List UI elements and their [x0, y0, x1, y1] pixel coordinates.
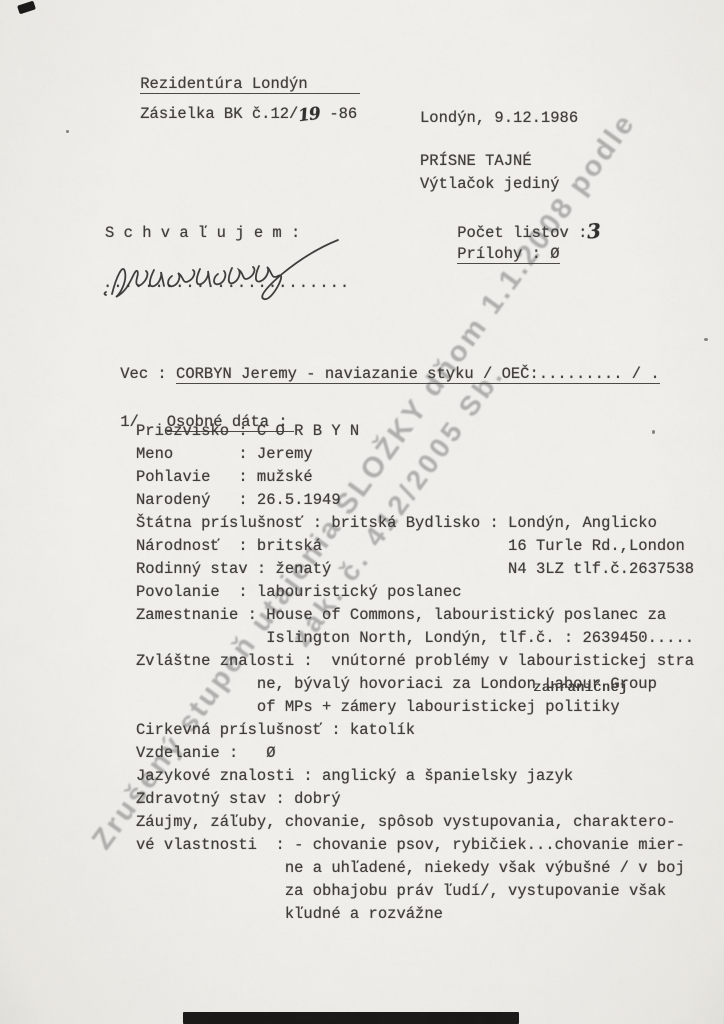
copy-line: Výtlačok jediný	[420, 173, 560, 196]
dispatch-number-line: Zásielka BK č.12/19 -86	[103, 79, 357, 149]
scan-speck	[66, 130, 69, 133]
scan-speck	[704, 338, 708, 341]
attachments-line: Prílohy : Ø	[420, 220, 560, 289]
scan-artifact-bottom-bar	[183, 1012, 519, 1024]
handwritten-dispatch-number: 19	[297, 103, 321, 128]
typed-insertion-zahranicnej: zahraničnej	[533, 681, 628, 696]
classification-line: PRÍSNE TAJNÉ	[420, 150, 532, 173]
subject-text: CORBYN Jeremy - naviazanie styku / OEČ:.…	[176, 365, 660, 384]
attachments-text: Prílohy : Ø	[457, 245, 559, 264]
handwritten-pages-value: 3	[587, 220, 602, 244]
subject-label: Vec :	[120, 365, 176, 383]
scanned-document-page: Zrušený stupeň utajenia SLOŽKY dňom 1.1.…	[0, 0, 724, 1024]
scan-artifact-corner-mark	[17, 1, 36, 15]
handwritten-signature	[96, 236, 356, 302]
dispatch-prefix: Zásielka BK č.12/	[140, 105, 298, 123]
dateline: Londýn, 9.12.1986	[420, 107, 578, 130]
personal-data-block: Priezvisko : C O R B Y N Meno : Jeremy P…	[136, 420, 694, 926]
dispatch-suffix: -86	[320, 105, 357, 123]
